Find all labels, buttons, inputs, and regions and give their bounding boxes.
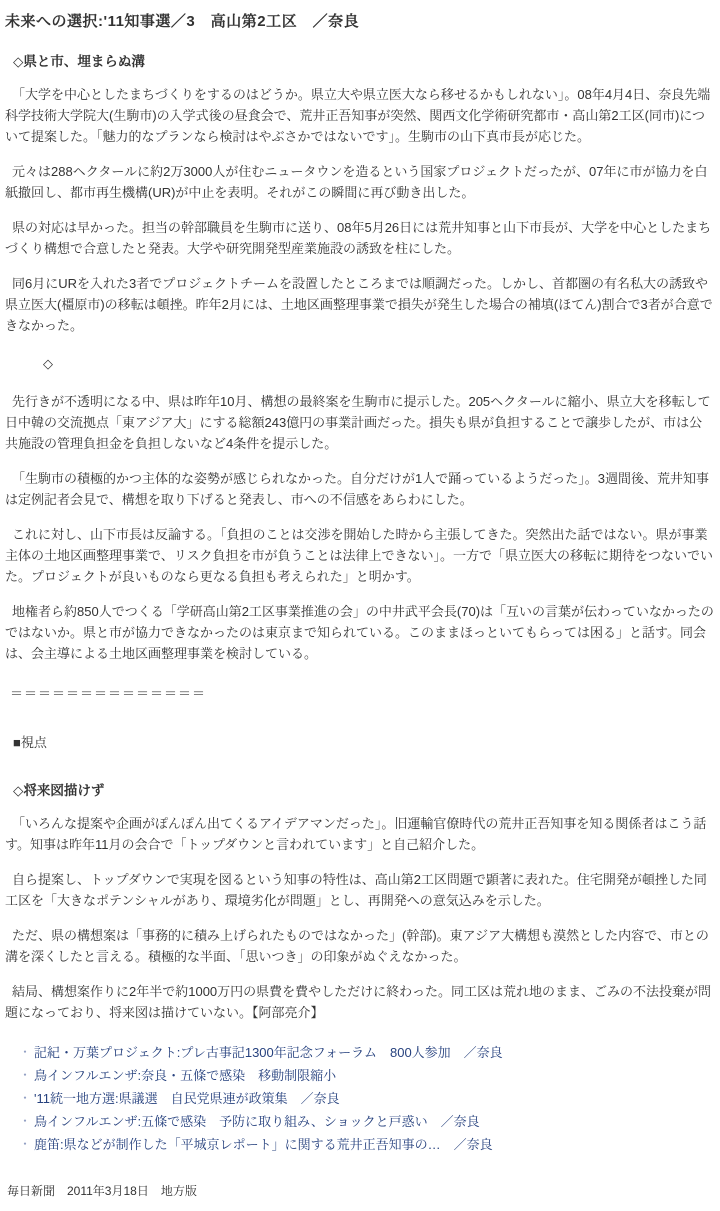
article-paragraph: 県の対応は早かった。担当の幹部職員を生駒市に送り、08年5月26日には荒井知事と… <box>5 217 714 259</box>
viewpoint-subheading: ◇将来図描けず <box>13 779 714 799</box>
related-link-row: ・鳥インフルエンザ:奈良・五條で感染 移動制限縮小 <box>19 1064 714 1087</box>
related-link[interactable]: 鳥インフルエンザ:奈良・五條で感染 移動制限縮小 <box>34 1068 336 1083</box>
lede-heading: ◇県と市、埋まらぬ溝 <box>13 50 714 70</box>
article-paragraph: 地権者ら約850人でつくる「学研高山第2工区事業推進の会」の中井武平会長(70)… <box>5 601 714 664</box>
related-link[interactable]: 鳥インフルエンザ:五條で感染 予防に取り組み、ショックと戸惑い ／奈良 <box>34 1114 480 1129</box>
related-link[interactable]: 記紀・万葉プロジェクト:プレ古事記1300年記念フォーラム 800人参加 ／奈良 <box>34 1045 503 1060</box>
link-bullet-icon: ・ <box>19 1068 31 1082</box>
article-container: 未来への選択:'11知事選／3 高山第2工区 ／奈良 ◇県と市、埋まらぬ溝 「大… <box>0 0 720 1211</box>
article-paragraph: これに対し、山下市長は反論する。「負担のことは交渉を開始した時から主張してきた。… <box>5 524 714 587</box>
article-paragraph: 「大学を中心としたまちづくりをするのはどうか。県立大や県立医大なら移せるかもしれ… <box>5 84 714 147</box>
link-bullet-icon: ・ <box>19 1091 31 1105</box>
related-link[interactable]: 鹿笛:県などが制作した「平城京レポート」に関する荒井正吾知事の… ／奈良 <box>34 1137 493 1152</box>
related-link-row: ・鳥インフルエンザ:五條で感染 予防に取り組み、ショックと戸惑い ／奈良 <box>19 1110 714 1133</box>
article-paragraph: ただ、県の構想案は「事務的に積み上げられたものではなかった」(幹部)。東アジア大… <box>5 925 714 967</box>
article-paragraph: 「いろんな提案や企画がぽんぽん出てくるアイデアマンだった」。旧運輸官僚時代の荒井… <box>5 813 714 855</box>
article-paragraph: 先行きが不透明になる中、県は昨年10月、構想の最終案を生駒市に提示した。205ヘ… <box>5 391 714 454</box>
news-article: 未来への選択:'11知事選／3 高山第2工区 ／奈良 ◇県と市、埋まらぬ溝 「大… <box>5 10 714 1199</box>
related-link[interactable]: '11統一地方選:県議選 自民党県連が政策集 ／奈良 <box>34 1091 340 1106</box>
article-paragraph: 元々は288ヘクタールに約2万3000人が住むニュータウンを造るという国家プロジ… <box>5 161 714 203</box>
related-link-row: ・鹿笛:県などが制作した「平城京レポート」に関する荒井正吾知事の… ／奈良 <box>19 1133 714 1156</box>
link-bullet-icon: ・ <box>19 1137 31 1151</box>
link-bullet-icon: ・ <box>19 1114 31 1128</box>
article-paragraph: 自ら提案し、トップダウンで実現を図るという知事の特性は、高山第2工区問題で顕著に… <box>5 869 714 911</box>
viewpoint-heading: ■視点 <box>13 732 714 751</box>
article-paragraph: 同6月にURを入れた3者でプロジェクトチームを設置したところまでは順調だった。し… <box>5 273 714 336</box>
footer-dateline: 毎日新聞 2011年3月18日 地方版 <box>7 1182 714 1199</box>
article-page: { "page": { "title": "未来への選択:'11知事選／3 高山… <box>0 0 720 1211</box>
related-link-row: ・記紀・万葉プロジェクト:プレ古事記1300年記念フォーラム 800人参加 ／奈… <box>19 1041 714 1064</box>
link-bullet-icon: ・ <box>19 1045 31 1059</box>
article-paragraph: 「生駒市の積極的かつ主体的な姿勢が感じられなかった。自分だけが1人で踊っているよ… <box>5 468 714 510</box>
diamond-separator: ◇ <box>43 353 714 374</box>
article-paragraph: 結局、構想案作りに2年半で約1000万円の県費を費やしただけに終わった。同工区は… <box>5 981 714 1023</box>
related-links-list: ・記紀・万葉プロジェクト:プレ古事記1300年記念フォーラム 800人参加 ／奈… <box>19 1041 714 1156</box>
related-link-row: ・'11統一地方選:県議選 自民党県連が政策集 ／奈良 <box>19 1087 714 1110</box>
page-title: 未来への選択:'11知事選／3 高山第2工区 ／奈良 <box>5 10 714 31</box>
equals-separator: ＝＝＝＝＝＝＝＝＝＝＝＝＝＝ <box>10 683 714 704</box>
